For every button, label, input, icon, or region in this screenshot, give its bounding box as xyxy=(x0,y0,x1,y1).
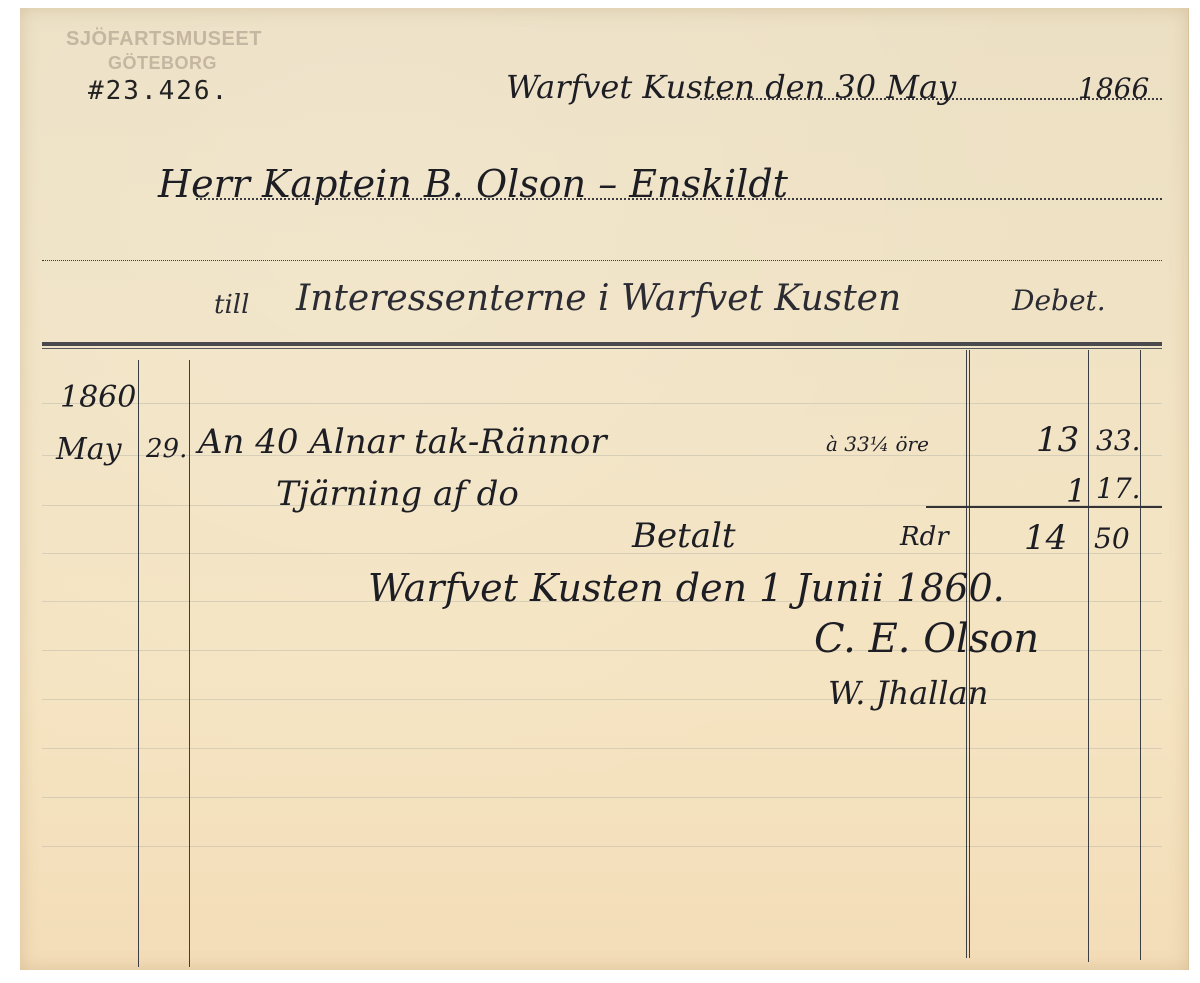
ruled-line xyxy=(42,797,1162,798)
archive-stamp-line1: SJÖFARTSMUSEET xyxy=(66,28,262,51)
column-line-date xyxy=(138,360,139,967)
column-line-day xyxy=(189,360,190,967)
total-currency: Rdr xyxy=(900,522,949,552)
addressee-dotted-line xyxy=(196,198,1162,200)
entry-amount-ore: 33. xyxy=(1096,424,1141,457)
entry-day: 29. xyxy=(146,434,187,464)
entry-rate: à 33¼ öre xyxy=(826,432,929,456)
header-place-date: Warfvet Kusten den 30 May xyxy=(506,68,956,106)
signature-second: W. Jhallan xyxy=(828,674,988,712)
receipt-place-date: Warfvet Kusten den 1 Junii 1860. xyxy=(368,566,1005,610)
header-year: 1866 xyxy=(1078,72,1149,105)
preprinted-debet: Debet. xyxy=(1012,284,1106,317)
blank-dotted-line xyxy=(42,260,1162,261)
header-double-rule xyxy=(42,342,1162,349)
ruled-line xyxy=(42,846,1162,847)
entry-description: Tjärning af do xyxy=(276,474,519,514)
column-line-ore xyxy=(1088,350,1089,962)
total-amount-ore: 50 xyxy=(1094,522,1130,555)
signature-olson: C. E. Olson xyxy=(814,616,1039,662)
ruled-line xyxy=(42,403,1162,404)
ledger-year: 1860 xyxy=(60,380,136,415)
ruled-line xyxy=(42,553,1162,554)
archive-stamp-line2: GÖTEBORG xyxy=(108,53,217,74)
entry-description: An 40 Alnar tak-Rännor xyxy=(198,422,607,462)
total-label: Betalt xyxy=(632,516,736,556)
entry-amount-rdr: 13 xyxy=(1036,420,1079,460)
total-amount-rdr: 14 xyxy=(1024,518,1067,558)
receipt-paper xyxy=(20,8,1189,970)
entry-amount-ore: 17. xyxy=(1096,472,1141,505)
ruled-line xyxy=(42,699,1162,700)
ruled-line xyxy=(42,748,1162,749)
preprinted-firm: Interessenterne i Warfvet Kusten xyxy=(296,278,901,319)
inventory-number: #23.426. xyxy=(88,76,229,106)
preprinted-till: till xyxy=(214,290,249,320)
sum-underline xyxy=(926,506,1162,508)
ledger-month: May xyxy=(56,432,122,467)
entry-amount-rdr: 1 xyxy=(1066,472,1086,510)
date-dotted-line xyxy=(700,98,1162,100)
